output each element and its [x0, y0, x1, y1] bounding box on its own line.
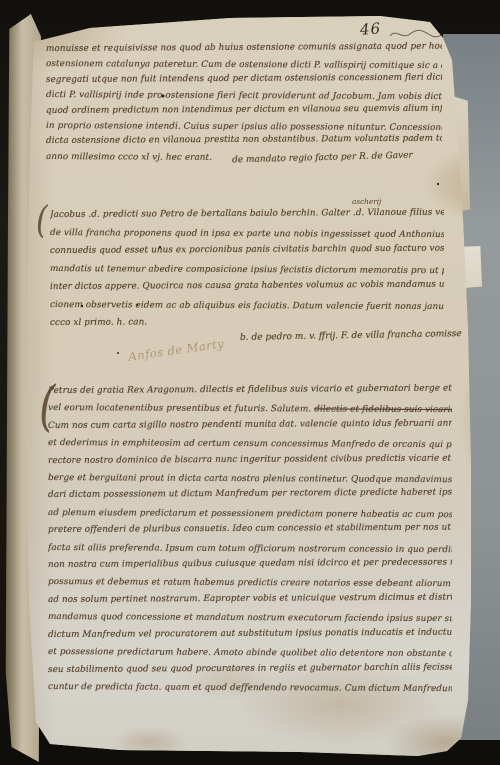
- manuscript-line: dicta ostensione dicto en vilanoua prest…: [46, 132, 442, 150]
- manuscript-line: Cum nos cum carta sigillo nostro pendent…: [48, 415, 452, 435]
- manuscript-line: pretere offenderi de pluribus consuetis.…: [48, 520, 452, 540]
- manuscript-entry: Petrus dei gratia Rex Aragonum. dilectis…: [48, 383, 452, 696]
- manuscript-line: non nostra cum imperialibus quibus cuius…: [48, 555, 452, 575]
- manuscript-line: segregati utque non fuit intendens quod …: [46, 70, 442, 88]
- folio-number: lxxxvj: [424, 4, 461, 26]
- manuscript-line: Petrus dei gratia Rex Aragonum. dilectis…: [48, 383, 452, 400]
- manuscript-line: ccco xl primo. h. can.: [50, 312, 444, 332]
- faint-marginal-note: Anfos de Marty: [127, 336, 225, 363]
- manuscript-entry: Jacobus .d. predicti suo Petro de bertal…: [50, 206, 444, 332]
- manuscript-entry: monuisse et requisivisse nos quod ab hui…: [46, 42, 442, 165]
- manuscript-line: monuisse et requisivisse nos quod ab hui…: [46, 42, 442, 57]
- interlinear-addition: ascherij: [352, 197, 381, 206]
- photo-background: 46 lxxxvj monuisse et requisivisse nos q…: [0, 0, 500, 765]
- manuscript-line: inter dictos appere. Quocirca nos causa …: [50, 276, 444, 296]
- manuscript-line: dictum Manfredum vel procuratorem aut su…: [48, 624, 452, 644]
- pen-flourish-icon: [388, 26, 446, 42]
- manuscript-line: seu stabilimento quod seu quod procurato…: [48, 659, 452, 679]
- manuscript-page: 46 lxxxvj monuisse et requisivisse nos q…: [0, 0, 500, 765]
- manuscript-line: cuntur de predicta facta. quam et quod d…: [48, 679, 452, 696]
- manuscript-line: quod ordinem predictum non intendimus pe…: [46, 101, 442, 119]
- margin-brace-mark: (: [36, 199, 48, 243]
- manuscript-line: Jacobus .d. predicti suo Petro de bertal…: [50, 206, 444, 224]
- manuscript-line: connuedis quod esset unus ex porcionibus…: [50, 240, 444, 260]
- manuscript-line: ad nos solum pertinet nostrarum. Eapropt…: [48, 589, 452, 609]
- modern-page-number: 46: [359, 19, 381, 38]
- manuscript-line: rectore nostro dominico de biscarra nunc…: [48, 450, 452, 470]
- manuscript-line: dari dictam possessionem ut dictum Manfr…: [48, 485, 452, 505]
- struck-text: dilectis et fidelibus suis vicario guber…: [314, 405, 452, 416]
